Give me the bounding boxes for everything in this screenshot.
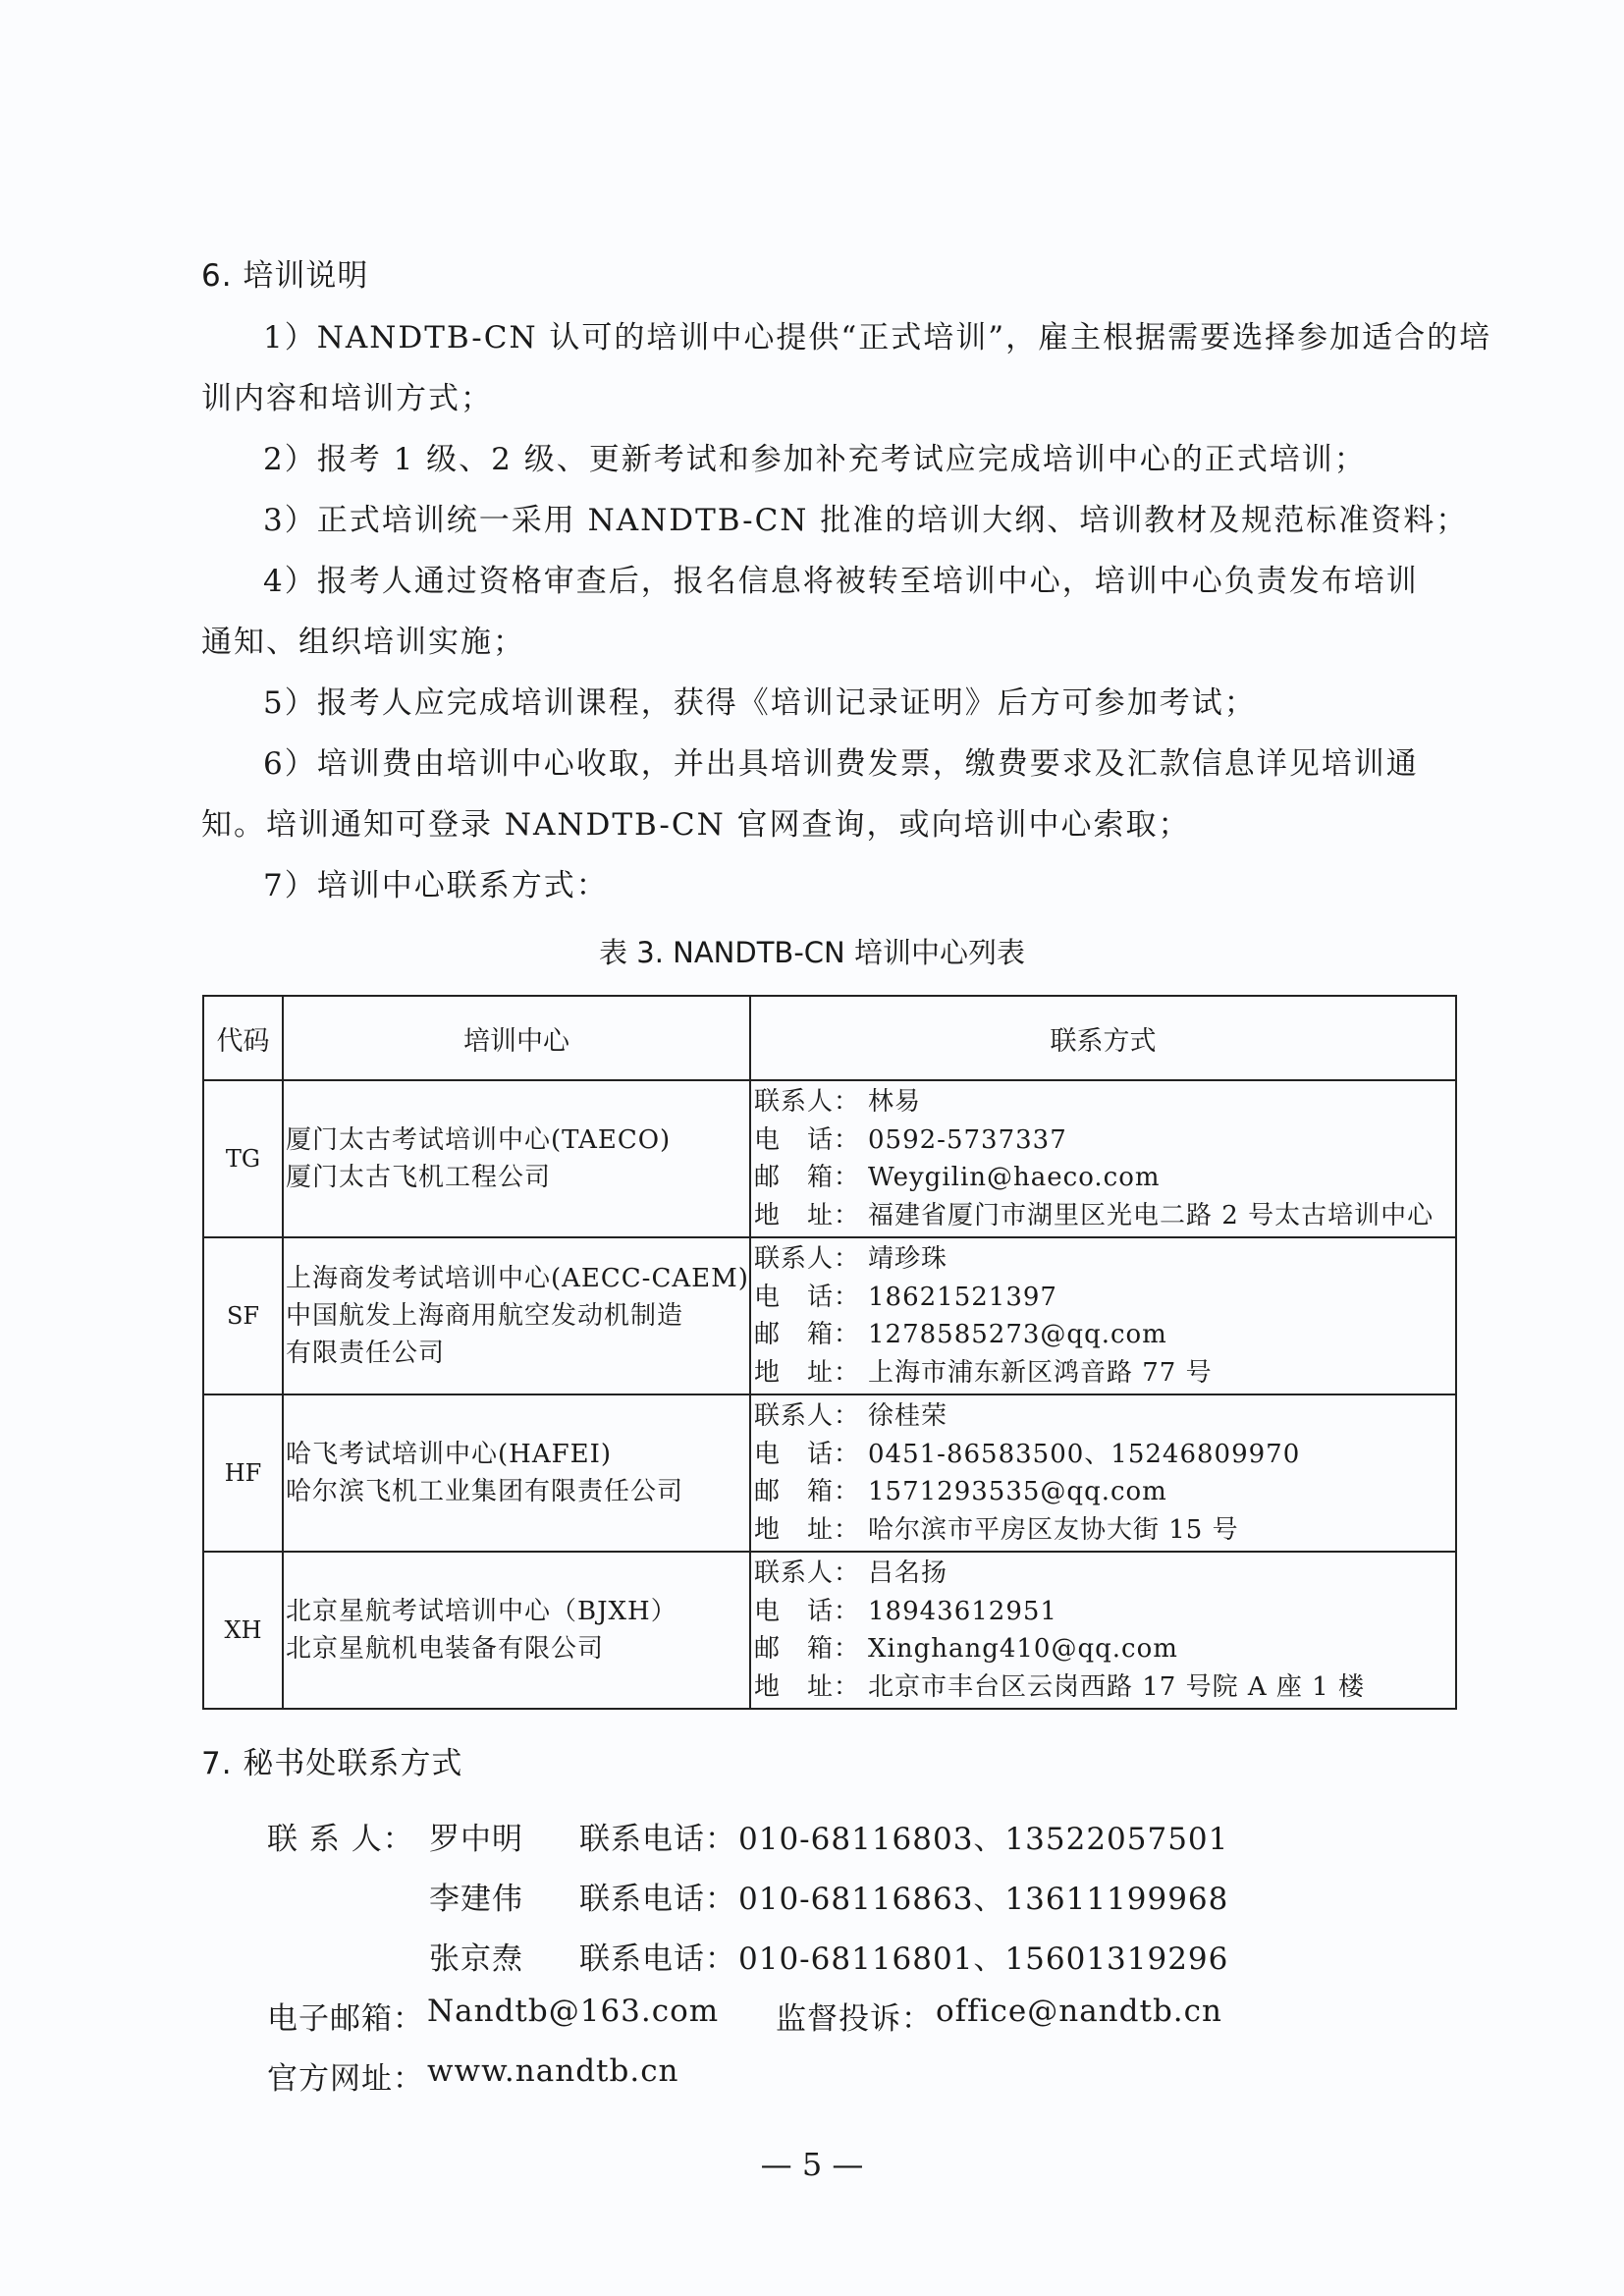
item-2: 2）报考 1 级、2 级、更新考试和参加补充考试应完成培训中心的正式培训； [263,434,1367,478]
contact-label: 联系人： [754,1397,868,1436]
contact-email: 1571293535@qq.com [868,1473,1167,1511]
email-label: 邮 箱： [754,1630,868,1668]
secretariat-person-name: 张京焘 [429,1934,523,1978]
phone-label: 电 话： [754,1279,868,1317]
item-3: 3）正式培训统一采用 NANDTB-CN 批准的培训大纲、培训教材及规范标准资料… [263,495,1468,539]
table-caption: 表 3. NANDTB-CN 培训中心列表 [0,931,1624,971]
contact-address: 哈尔滨市平房区友协大街 15 号 [868,1511,1239,1550]
center-org-line: 厦门太古飞机工程公司 [286,1159,749,1196]
email-label: 邮 箱： [754,1473,868,1511]
center-org-line: 北京星航机电装备有限公司 [286,1630,749,1667]
contact-label: 联系人： [754,1240,868,1279]
secretariat-contact-label: 联 系 人： [267,1814,414,1858]
section-7-heading: 7. 秘书处联系方式 [201,1738,462,1782]
secretariat-phone-label: 联系电话： [579,1814,736,1858]
page-number: — 5 — [0,2146,1624,2183]
center-name-line: 哈飞考试培训中心(HAFEI) [286,1436,749,1473]
address-label: 地 址： [754,1668,868,1707]
center-contact: 联系人：徐桂荣 电 话：0451-86583500、15246809970 邮 … [750,1394,1456,1552]
contact-email: Weygilin@haeco.com [868,1159,1161,1197]
secretariat-phone: 010-68116803、13522057501 [738,1814,1228,1858]
phone-label: 电 话： [754,1593,868,1631]
center-code: HF [203,1394,283,1552]
item-7: 7）培训中心联系方式： [263,860,609,904]
complaint-label: 监督投诉： [776,1994,933,2038]
contact-person: 林易 [868,1083,921,1121]
center-name: 厦门太古考试培训中心(TAECO) 厦门太古飞机工程公司 [283,1080,750,1237]
address-label: 地 址： [754,1354,868,1393]
phone-label: 电 话： [754,1121,868,1160]
header-contact: 联系方式 [750,996,1456,1080]
header-center: 培训中心 [283,996,750,1080]
contact-phone: 0592-5737337 [868,1121,1067,1160]
address-label: 地 址： [754,1511,868,1550]
item-5: 5）报考人应完成培训课程，获得《培训记录证明》后方可参加考试； [263,678,1257,722]
contact-label: 联系人： [754,1555,868,1593]
contact-label: 联系人： [754,1083,868,1121]
contact-phone: 0451-86583500、15246809970 [868,1436,1300,1474]
website-label: 官方网址： [267,2053,424,2098]
secretariat-phone-label: 联系电话： [579,1934,736,1978]
center-org-line: 有限责任公司 [286,1335,749,1372]
training-centers-table: 代码 培训中心 联系方式 TG 厦门太古考试培训中心(TAECO) 厦门太古飞机… [202,995,1457,1710]
secretariat-phone: 010-68116863、13611199968 [738,1874,1228,1918]
email-label: 电子邮箱： [267,1994,424,2038]
secretariat-phone: 010-68116801、15601319296 [738,1934,1228,1978]
contact-email: 1278585273@qq.com [868,1316,1167,1354]
email-label: 邮 箱： [754,1159,868,1197]
item-6-line-1: 6）培训费由培训中心收取，并出具培训费发票，缴费要求及汇款信息详见培训通 [263,738,1419,783]
secretariat-person-name: 罗中明 [429,1814,523,1858]
contact-address: 北京市丰台区云岗西路 17 号院 A 座 1 楼 [868,1668,1365,1707]
center-contact: 联系人：吕名扬 电 话：18943612951 邮 箱：Xinghang410@… [750,1552,1456,1709]
center-contact: 联系人：靖珍珠 电 话：18621521397 邮 箱：1278585273@q… [750,1237,1456,1394]
table-header-row: 代码 培训中心 联系方式 [203,996,1456,1080]
center-name-line: 上海商发考试培训中心(AECC-CAEM) [286,1260,749,1297]
website-link[interactable]: www.nandtb.cn [427,2053,679,2089]
center-name: 上海商发考试培训中心(AECC-CAEM) 中国航发上海商用航空发动机制造 有限… [283,1237,750,1394]
address-label: 地 址： [754,1197,868,1235]
email-label: 邮 箱： [754,1316,868,1354]
table-row: HF 哈飞考试培训中心(HAFEI) 哈尔滨飞机工业集团有限责任公司 联系人：徐… [203,1394,1456,1552]
item-1-line-1: 1）NANDTB-CN 认可的培训中心提供“正式培训”，雇主根据需要选择参加适合… [263,312,1491,356]
contact-person: 吕名扬 [868,1555,947,1593]
table-row: TG 厦门太古考试培训中心(TAECO) 厦门太古飞机工程公司 联系人：林易 电… [203,1080,1456,1237]
center-name-line: 北京星航考试培训中心（BJXH） [286,1593,749,1630]
center-contact: 联系人：林易 电 话：0592-5737337 邮 箱：Weygilin@hae… [750,1080,1456,1237]
contact-phone: 18621521397 [868,1279,1057,1317]
item-6-line-2: 知。培训通知可登录 NANDTB-CN 官网查询，或向培训中心索取； [201,799,1191,844]
phone-label: 电 话： [754,1436,868,1474]
item-4-line-2: 通知、组织培训实施； [201,617,525,661]
center-org-line: 中国航发上海商用航空发动机制造 [286,1297,749,1335]
contact-address: 福建省厦门市湖里区光电二路 2 号太古培训中心 [868,1197,1434,1235]
contact-person: 徐桂荣 [868,1397,947,1436]
secretariat-email-link[interactable]: Nandtb@163.com [427,1994,719,2029]
item-4-line-1: 4）报考人通过资格审查后，报名信息将被转至培训中心，培训中心负责发布培训 [263,556,1419,600]
table-row: SF 上海商发考试培训中心(AECC-CAEM) 中国航发上海商用航空发动机制造… [203,1237,1456,1394]
center-code: TG [203,1080,283,1237]
item-1-line-2: 训内容和培训方式； [201,373,493,417]
header-code: 代码 [203,996,283,1080]
center-name-line: 厦门太古考试培训中心(TAECO) [286,1121,749,1159]
center-name: 北京星航考试培训中心（BJXH） 北京星航机电装备有限公司 [283,1552,750,1709]
table-row: XH 北京星航考试培训中心（BJXH） 北京星航机电装备有限公司 联系人：吕名扬… [203,1552,1456,1709]
center-org-line: 哈尔滨飞机工业集团有限责任公司 [286,1473,749,1510]
center-code: XH [203,1552,283,1709]
secretariat-phone-label: 联系电话： [579,1874,736,1918]
contact-email: Xinghang410@qq.com [868,1630,1178,1668]
contact-person: 靖珍珠 [868,1240,947,1279]
contact-phone: 18943612951 [868,1593,1057,1631]
secretariat-person-name: 李建伟 [429,1874,523,1918]
section-6-heading: 6. 培训说明 [201,250,368,295]
center-code: SF [203,1237,283,1394]
contact-address: 上海市浦东新区鸿音路 77 号 [868,1354,1213,1393]
center-name: 哈飞考试培训中心(HAFEI) 哈尔滨飞机工业集团有限责任公司 [283,1394,750,1552]
complaint-email-link[interactable]: office@nandtb.cn [936,1994,1222,2029]
